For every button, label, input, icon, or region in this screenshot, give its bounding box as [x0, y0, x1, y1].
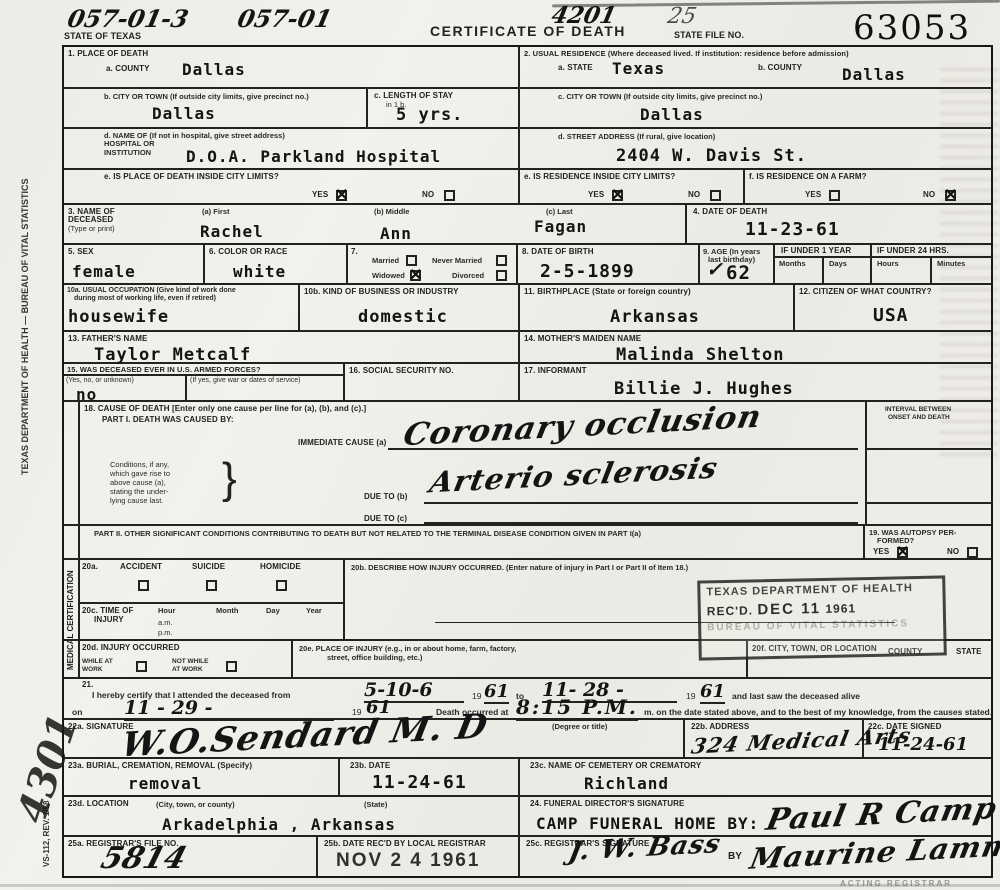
month-label: Month: [216, 606, 239, 615]
forces-sub-1: (Yes, no, or unknown): [66, 377, 134, 384]
date-signed-value: 11-24-61: [878, 734, 968, 755]
cause-note-5: lying cause last.: [110, 496, 163, 505]
widowed-mark: ✕: [409, 265, 422, 285]
row-physician: 22a. SIGNATURE (Degree or title) W.O.Sen…: [64, 720, 991, 759]
residence-head: 2. USUAL RESIDENCE (Where deceased lived…: [524, 49, 849, 58]
certificate-title: CERTIFICATE OF DEATH: [430, 23, 626, 39]
suicide-word: SUICIDE: [192, 562, 225, 571]
brace-glyph: }: [222, 454, 237, 504]
county-label: a. COUNTY: [106, 64, 150, 73]
burial-value: removal: [128, 774, 202, 793]
residence-city-cell: c. CITY OR TOWN (If outside city limits,…: [520, 89, 991, 127]
cause-note-3: above cause (a),: [110, 478, 166, 487]
row-9: 15. WAS DECEASED EVER IN U.S. ARMED FORC…: [64, 364, 991, 402]
row-location: 23d. LOCATION (City, town, or county) (S…: [64, 797, 991, 837]
stamp-recd: REC'D.: [707, 603, 753, 618]
mother-label: 14. MOTHER'S MAIDEN NAME: [524, 334, 641, 343]
stamp-line-2: REC'D. DEC 11 1961: [707, 598, 937, 620]
hour-label: Hour: [158, 606, 176, 615]
cause-note-1: Conditions, if any,: [110, 460, 169, 469]
cemetery-cell: 23c. NAME OF CEMETERY OR CREMATORY Richl…: [520, 759, 991, 795]
at-work-label: AT WORK: [172, 666, 203, 673]
county-value: Dallas: [182, 60, 246, 79]
citizen-value: USA: [873, 305, 909, 326]
residence-cell: 2. USUAL RESIDENCE (Where deceased lived…: [520, 47, 991, 87]
am-label: a.m.: [158, 618, 173, 627]
location-label: 23d. LOCATION: [68, 799, 129, 808]
autopsy-cell: 19. WAS AUTOPSY PER- FORMED? YES ✕ NO: [865, 526, 991, 558]
never-married-word: Never Married: [432, 256, 482, 265]
registrar-file-value: 5814: [97, 841, 191, 876]
mother-cell: 14. MOTHER'S MAIDEN NAME Malinda Shelton: [520, 332, 991, 362]
funeral-director-label: 24. FUNERAL DIRECTOR'S SIGNATURE: [530, 799, 684, 808]
ssn-label: 16. SOCIAL SECURITY NO.: [349, 366, 454, 375]
first-label: (a) First: [202, 207, 230, 216]
name-head-3: (Type or print): [68, 224, 115, 233]
state-of-texas-label: STATE OF TEXAS: [64, 31, 141, 41]
cause-note-2: which gave rise to: [110, 469, 170, 478]
marital-cell: 7. Married Never Married Widowed ✕ Divor…: [348, 245, 518, 283]
state-file-no-label: STATE FILE NO.: [674, 30, 744, 40]
pod-yes-mark: ✕: [335, 185, 348, 205]
sex-cell: 5. SEX female: [64, 245, 205, 283]
date-signed-cell: 22c. DATE SIGNED 11-24-61: [864, 720, 991, 757]
injury-a-label: 20a.: [82, 562, 98, 571]
pre19-a: 19: [472, 691, 481, 701]
race-value: white: [233, 262, 286, 281]
dob-value: 2-5-1899: [540, 261, 635, 282]
citizen-cell: 12. CITIZEN OF WHAT COUNTRY? USA: [795, 285, 991, 330]
farm-label: f. IS RESIDENCE ON A FARM?: [749, 172, 867, 181]
date-of-death-cell: 4. DATE OF DEATH 11-23-61: [687, 205, 991, 243]
injury-state-label: STATE: [956, 647, 982, 656]
injury-e-label-1: 20e. PLACE OF INJURY (e.g., in or about …: [299, 644, 516, 653]
middle-label: (b) Middle: [374, 207, 409, 216]
accident-cell: 20a. ACCIDENT SUICIDE HOMICIDE 20c. TIME…: [80, 560, 345, 639]
part2-cell: PART II. OTHER SIGNIFICANT CONDITIONS CO…: [80, 526, 865, 558]
hospital-label-3: INSTITUTION: [104, 148, 151, 157]
burial-date-label: 23b. DATE: [350, 761, 390, 770]
acting-registrar-stamp: ACTING REGISTRAR: [840, 879, 952, 888]
row-4: e. IS PLACE OF DEATH INSIDE CITY LIMITS?…: [64, 170, 991, 205]
father-label: 13. FATHER'S NAME: [68, 334, 147, 343]
stamp-date: DEC 11: [757, 600, 821, 618]
stamp-line-3: BUREAU OF VITAL STATISTICS: [707, 618, 937, 634]
birthplace-label: 11. BIRTHPLACE (State or foreign country…: [524, 287, 691, 296]
married-word: Married: [372, 256, 399, 265]
pre19-b: 19: [686, 691, 695, 701]
due-to-c-label: DUE TO (c): [364, 514, 407, 523]
autopsy-no-checkbox: [967, 547, 978, 558]
months-label: Months: [779, 259, 806, 268]
row-6: 5. SEX female 6. COLOR OR RACE white 7. …: [64, 245, 991, 285]
autopsy-yes-mark: ✕: [896, 542, 909, 562]
father-cell: 13. FATHER'S NAME Taylor Metcalf: [64, 332, 520, 362]
row-5: 3. NAME OF DECEASED (Type or print) (a) …: [64, 205, 991, 245]
city-label: b. CITY OR TOWN (If outside city limits,…: [104, 92, 309, 101]
first-name-value: Rachel: [200, 222, 264, 241]
burial-date-cell: 23b. DATE 11-24-61: [340, 759, 520, 795]
farm-cell: f. IS RESIDENCE ON A FARM? YES NO ✕: [745, 170, 991, 203]
informant-value: Billie J. Hughes: [614, 379, 794, 399]
pen-number-4: 25: [665, 4, 698, 29]
interval-label-1: INTERVAL BETWEEN: [885, 406, 951, 413]
part2-text: PART II. OTHER SIGNIFICANT CONDITIONS CO…: [94, 529, 641, 538]
farm-no-word: NO: [923, 190, 935, 199]
burial-label: 23a. BURIAL, CREMATION, REMOVAL (Specify…: [68, 761, 252, 770]
widowed-word: Widowed: [372, 271, 405, 280]
agency-vertical-label: TEXAS DEPARTMENT OF HEALTH — BUREAU OF V…: [20, 60, 30, 475]
residence-city-value: Dallas: [640, 105, 704, 124]
funeral-director-cell: 24. FUNERAL DIRECTOR'S SIGNATURE CAMP FU…: [520, 797, 991, 835]
row-certify: 21. I hereby certify that I attended the…: [64, 679, 991, 720]
birthplace-cell: 11. BIRTHPLACE (State or foreign country…: [520, 285, 795, 330]
age-value: 62: [726, 262, 751, 284]
pod-no-word: NO: [422, 190, 434, 199]
death-certificate-scan: 057-01-3 057-01 4201 25 STATE OF TEXAS C…: [0, 0, 1000, 890]
row-registrar: 25a. REGISTRAR'S FILE NO. 5814 25b. DATE…: [64, 837, 991, 876]
suicide-checkbox: [206, 580, 217, 591]
occupation-label-2: during most of working life, even if ret…: [74, 295, 216, 302]
location-value: Arkadelphia , Arkansas: [162, 815, 396, 834]
certificate-form: 1. PLACE OF DEATH a. COUNTY Dallas 2. US…: [62, 45, 993, 878]
never-married-checkbox: [496, 255, 507, 266]
father-value: Taylor Metcalf: [94, 345, 251, 365]
forces-cell: 15. WAS DECEASED EVER IN U.S. ARMED FORC…: [64, 364, 345, 400]
cemetery-label: 23c. NAME OF CEMETERY OR CREMATORY: [530, 761, 701, 770]
hours-label: Hours: [877, 259, 899, 268]
middle-name-value: Ann: [380, 224, 412, 243]
occupation-cell: 10a. USUAL OCCUPATION (Give kind of work…: [64, 285, 300, 330]
place-of-death-cell: 1. PLACE OF DEATH a. COUNTY Dallas: [64, 47, 520, 87]
row-3: d. NAME OF (If not in hospital, give str…: [64, 129, 991, 170]
pm-label: p.m.: [158, 628, 173, 637]
days-label: Days: [829, 259, 847, 268]
immediate-cause-label: IMMEDIATE CAUSE (a): [298, 438, 386, 447]
while-at-label: WHILE AT: [82, 658, 113, 665]
street-value: 2404 W. Davis St.: [616, 146, 807, 166]
date-signed-label: 22c. DATE SIGNED: [868, 722, 941, 731]
farm-yes-word: YES: [805, 190, 821, 199]
stamp-year: 1961: [825, 601, 856, 616]
divorced-word: Divorced: [452, 271, 484, 280]
dob-cell: 8. DATE OF BIRTH 2-5-1899: [518, 245, 700, 283]
homicide-word: HOMICIDE: [260, 562, 301, 571]
marital-label: 7.: [351, 247, 358, 256]
certify-number: 21.: [82, 680, 93, 689]
injury-b-label: 20b. DESCRIBE HOW INJURY OCCURRED. (Ente…: [351, 563, 688, 572]
row-8: 13. FATHER'S NAME Taylor Metcalf 14. MOT…: [64, 332, 991, 364]
birthplace-value: Arkansas: [610, 307, 700, 327]
res-no-checkbox: [710, 190, 721, 201]
injury-d-label: 20d. INJURY OCCURRED: [82, 643, 180, 652]
location-sub-2: (State): [364, 800, 387, 809]
widowed-checkbox: ✕: [410, 270, 421, 281]
location-sub-1: (City, town, or county): [156, 800, 235, 809]
divorced-checkbox: [496, 270, 507, 281]
city-value: Dallas: [152, 104, 216, 123]
city-cell: b. CITY OR TOWN (If outside city limits,…: [64, 89, 368, 127]
pod-limits-cell: e. IS PLACE OF DEATH INSIDE CITY LIMITS?…: [64, 170, 520, 203]
on-word: on: [72, 707, 82, 717]
minutes-label: Minutes: [937, 259, 965, 268]
res-yes-mark: ✕: [611, 185, 624, 205]
pod-yes-word: YES: [312, 190, 328, 199]
autopsy-yes-checkbox: ✕: [897, 547, 908, 558]
row-cause-of-death: 18. CAUSE OF DEATH [Enter only one cause…: [64, 402, 991, 526]
street-label: d. STREET ADDRESS (If rural, give locati…: [558, 132, 715, 141]
cause-head: 18. CAUSE OF DEATH [Enter only one cause…: [84, 404, 366, 413]
time-of-death-value: 8:15 P.M.: [516, 695, 638, 721]
due-to-b-label: DUE TO (b): [364, 492, 408, 501]
due-to-b-value: Arterio sclerosis: [427, 451, 721, 500]
industry-label: 10b. KIND OF BUSINESS OR INDUSTRY: [304, 287, 459, 296]
farm-yes-checkbox: [829, 190, 840, 201]
name-cell: 3. NAME OF DECEASED (Type or print) (a) …: [64, 205, 687, 243]
pen-number-1: 057-01-3: [65, 4, 191, 33]
race-label: 6. COLOR OR RACE: [209, 247, 288, 256]
not-while-label: NOT WHILE: [172, 658, 208, 665]
cause-main-cell: 18. CAUSE OF DEATH [Enter only one cause…: [80, 402, 865, 524]
under-age-cell: IF UNDER 1 YEAR IF UNDER 24 HRS. Months …: [775, 245, 991, 283]
work-label: WORK: [82, 666, 103, 673]
pen-number-2: 057-01: [235, 4, 335, 33]
hospital-value: D.O.A. Parkland Hospital: [186, 147, 441, 166]
accident-word: ACCIDENT: [120, 562, 162, 571]
name-head-2: DECEASED: [68, 215, 113, 224]
informant-cell: 17. INFORMANT Billie J. Hughes: [520, 364, 991, 400]
scan-streak: [552, 0, 1000, 7]
farm-no-checkbox: ✕: [945, 190, 956, 201]
registrar-signature-cell: 25c. REGISTRAR'S SIGNATURE J. W. Bass BY…: [520, 837, 991, 876]
injury-c-label-1: 20c. TIME OF: [82, 606, 133, 615]
industry-value: domestic: [358, 307, 448, 327]
length-of-stay-cell: c. LENGTH OF STAY in 1 b. 5 yrs.: [368, 89, 520, 127]
age-cell: 9. AGE (In years last birthday) ✓ 62: [700, 245, 775, 283]
hospital-label-2: HOSPITAL OR: [104, 139, 155, 148]
forces-sub-2: (If yes, give war or dates of service): [190, 377, 300, 384]
hospital-cell: d. NAME OF (If not in hospital, give str…: [64, 129, 520, 168]
under-24-label: IF UNDER 24 HRS.: [877, 246, 949, 255]
sex-value: female: [72, 262, 136, 281]
residence-county-label: b. COUNTY: [758, 63, 802, 72]
residence-state-label: a. STATE: [558, 63, 593, 72]
while-work-checkbox: [136, 661, 147, 672]
registrar-file-cell: 25a. REGISTRAR'S FILE NO. 5814: [64, 837, 318, 876]
injury-occurred-cell: 20d. INJURY OCCURRED WHILE AT WORK NOT W…: [80, 641, 293, 677]
res-no-word: NO: [688, 190, 700, 199]
autopsy-yes-word: YES: [873, 547, 889, 556]
row-7: 10a. USUAL OCCUPATION (Give kind of work…: [64, 285, 991, 332]
row-part2: PART II. OTHER SIGNIFICANT CONDITIONS CO…: [64, 526, 991, 560]
citizen-label: 12. CITIZEN OF WHAT COUNTRY?: [799, 287, 932, 296]
row-2: b. CITY OR TOWN (If outside city limits,…: [64, 89, 991, 129]
residence-city-label: c. CITY OR TOWN (If outside city limits,…: [558, 92, 762, 101]
burial-date-value: 11-24-61: [372, 772, 467, 793]
dob-label: 8. DATE OF BIRTH: [522, 247, 594, 256]
res-yes-checkbox: ✕: [612, 190, 623, 201]
stay-label: c. LENGTH OF STAY: [374, 91, 453, 100]
year-label: Year: [306, 606, 322, 615]
received-stamp: TEXAS DEPARTMENT OF HEALTH REC'D. DEC 11…: [697, 575, 947, 660]
residence-state-value: Texas: [612, 59, 665, 78]
occupation-value: housewife: [68, 307, 169, 327]
dod-label: 4. DATE OF DEATH: [693, 207, 767, 216]
state-file-number: 63053: [853, 8, 971, 48]
res-yes-word: YES: [588, 190, 604, 199]
pod-yes-checkbox: ✕: [336, 190, 347, 201]
mother-value: Malinda Shelton: [616, 345, 785, 365]
street-address-cell: d. STREET ADDRESS (If rural, give locati…: [520, 129, 991, 168]
burial-type-cell: 23a. BURIAL, CREMATION, REMOVAL (Specify…: [64, 759, 340, 795]
forces-label: 15. WAS DECEASED EVER IN U.S. ARMED FORC…: [67, 365, 261, 374]
cemetery-value: Richland: [584, 774, 669, 793]
farm-no-mark: ✕: [944, 185, 957, 205]
cause-note-4: stating the under-: [110, 487, 168, 496]
day-label: Day: [266, 606, 280, 615]
physician-address-cell: 22b. ADDRESS 324 Medical Arts: [685, 720, 864, 757]
res-limits-label: e. IS RESIDENCE INSIDE CITY LIMITS?: [524, 172, 675, 181]
occupation-label-1: 10a. USUAL OCCUPATION (Give kind of work…: [67, 287, 236, 294]
under-year-label: IF UNDER 1 YEAR: [781, 246, 851, 255]
interval-cell: INTERVAL BETWEEN ONSET AND DEATH: [865, 402, 991, 524]
immediate-cause-value: Coronary occlusion: [400, 399, 765, 453]
row-burial: 23a. BURIAL, CREMATION, REMOVAL (Specify…: [64, 759, 991, 797]
res-limits-cell: e. IS RESIDENCE INSIDE CITY LIMITS? YES …: [520, 170, 745, 203]
certify-text-3: m. on the date stated above, and to the …: [644, 707, 992, 717]
registrar-date-cell: 25b. DATE REC'D BY LOCAL REGISTRAR NOV 2…: [318, 837, 520, 876]
industry-cell: 10b. KIND OF BUSINESS OR INDUSTRY domest…: [300, 285, 520, 330]
registrar-date-label: 25b. DATE REC'D BY LOCAL REGISTRAR: [324, 839, 486, 848]
residence-county-value: Dallas: [842, 65, 906, 84]
informant-label: 17. INFORMANT: [524, 366, 587, 375]
burial-location-cell: 23d. LOCATION (City, town, or county) (S…: [64, 797, 520, 835]
interval-label-2: ONSET AND DEATH: [888, 414, 950, 421]
stay-value: 5 yrs.: [396, 105, 463, 125]
degree-title-label: (Degree or title): [552, 722, 607, 731]
certify-to-year: 61: [700, 681, 725, 704]
pod-no-checkbox: [444, 190, 455, 201]
accident-checkbox: [138, 580, 149, 591]
place-of-death-head: 1. PLACE OF DEATH: [68, 49, 148, 58]
place-of-injury-cell: 20e. PLACE OF INJURY (e.g., in or about …: [293, 641, 748, 677]
ssn-cell: 16. SOCIAL SECURITY NO.: [345, 364, 520, 400]
signature-cell: 22a. SIGNATURE (Degree or title) W.O.Sen…: [64, 720, 685, 757]
race-cell: 6. COLOR OR RACE white: [205, 245, 348, 283]
homicide-checkbox: [276, 580, 287, 591]
last-label: (c) Last: [546, 207, 573, 216]
certify-cell: 21. I hereby certify that I attended the…: [64, 679, 991, 718]
pod-limits-label: e. IS PLACE OF DEATH INSIDE CITY LIMITS?: [104, 172, 279, 181]
stamp-line-1: TEXAS DEPARTMENT OF HEALTH: [706, 582, 936, 599]
part1-label: PART I. DEATH WAS CAUSED BY:: [102, 415, 234, 424]
age-checkmark: ✓: [706, 257, 723, 281]
physician-address-label: 22b. ADDRESS: [691, 722, 749, 731]
certify-text-2: and last saw the deceased alive: [732, 691, 860, 701]
certify-from-year: 61: [484, 681, 509, 704]
injury-c-label-2: INJURY: [94, 615, 124, 624]
injury-e-label-2: street, office building, etc.): [327, 653, 422, 662]
funeral-home-value: CAMP FUNERAL HOME BY:: [536, 814, 759, 833]
autopsy-no-word: NO: [947, 547, 959, 556]
row-1: 1. PLACE OF DEATH a. COUNTY Dallas 2. US…: [64, 47, 991, 89]
dod-value: 11-23-61: [745, 219, 840, 240]
registrar-by-label: BY: [728, 851, 742, 862]
registrar-date-stamp: NOV 2 4 1961: [336, 850, 480, 872]
sex-label: 5. SEX: [68, 247, 94, 256]
not-work-checkbox: [226, 661, 237, 672]
last-name-value: Fagan: [534, 217, 587, 236]
